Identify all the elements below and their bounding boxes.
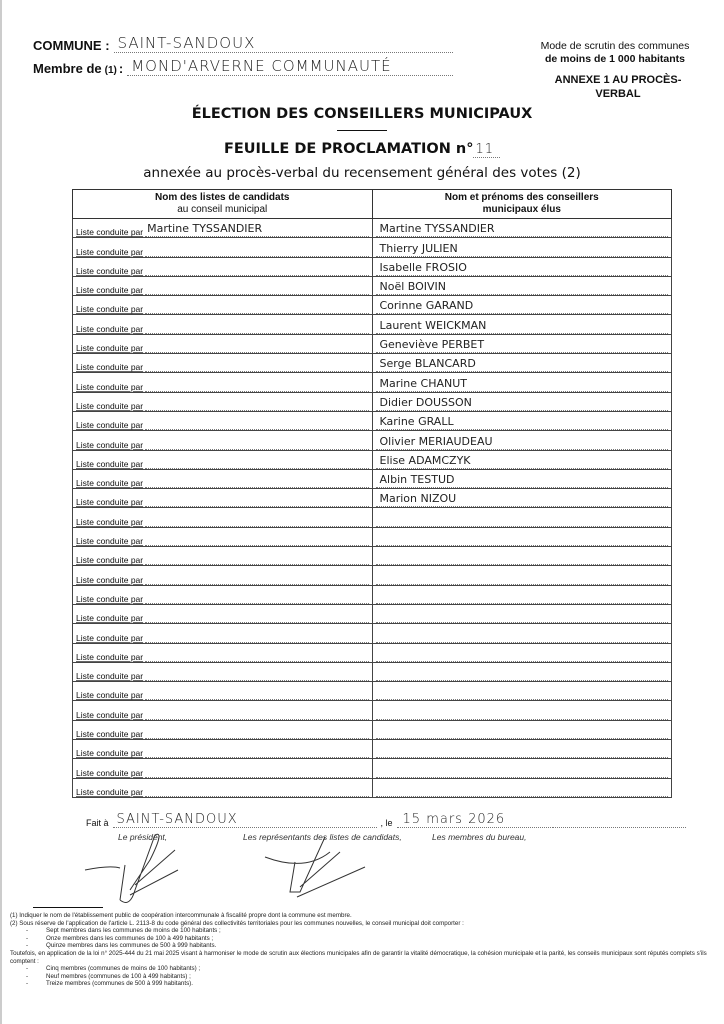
elected-cell: Noël BOIVIN xyxy=(372,276,672,295)
row-prefix: Liste conduite par xyxy=(76,247,143,257)
elected-cell: Didier DOUSSON xyxy=(372,392,672,411)
row-prefix: Liste conduite par xyxy=(76,710,143,720)
elected-cell: Geneviève PERBET xyxy=(372,334,672,353)
elected-cell xyxy=(372,778,672,797)
row-prefix: Liste conduite par xyxy=(76,652,143,662)
footnote-divider xyxy=(33,907,103,908)
list-cell: Liste conduite par xyxy=(73,257,373,276)
row-prefix: Liste conduite par xyxy=(76,575,143,585)
elected-name xyxy=(376,665,669,681)
list-cell: Liste conduite par xyxy=(73,778,373,797)
list-leader xyxy=(145,435,368,450)
list-leader xyxy=(145,531,368,546)
list-leader xyxy=(145,377,368,392)
membre-label: Membre de xyxy=(33,61,102,76)
elected-cell: Martine TYSSANDIER xyxy=(372,219,672,238)
list-leader xyxy=(145,357,368,372)
col-header-elected: Nom et prénoms des conseillers municipau… xyxy=(372,190,672,219)
table-row: Liste conduite par xyxy=(73,585,672,604)
row-prefix: Liste conduite par xyxy=(76,324,143,334)
list-cell: Liste conduite par xyxy=(73,527,373,546)
list-cell: Liste conduite par xyxy=(73,643,373,662)
table-row: Liste conduite parOlivier MERIAUDEAU xyxy=(73,431,672,450)
list-leader xyxy=(145,666,368,681)
annexe-label: ANNEXE 1 AU PROCÈS-VERBAL xyxy=(548,73,688,101)
fait-label: Fait à xyxy=(86,818,109,828)
list-cell: Liste conduite par xyxy=(73,662,373,681)
main-title: ÉLECTION DES CONSEILLERS MUNICIPAUX xyxy=(0,106,724,122)
list-leader xyxy=(145,299,368,314)
row-prefix: Liste conduite par xyxy=(76,613,143,623)
elected-name xyxy=(376,530,669,546)
table-row: Liste conduite par xyxy=(73,566,672,585)
table-row: Liste conduite parKarine GRALL xyxy=(73,411,672,430)
list-leader xyxy=(145,705,368,720)
elected-cell xyxy=(372,759,672,778)
mode-line2: de moins de 1 000 habitants xyxy=(520,53,710,66)
row-prefix: Liste conduite par xyxy=(76,768,143,778)
list-cell: Liste conduite par xyxy=(73,720,373,739)
list-cell: Liste conduite par xyxy=(73,238,373,257)
elected-name: Corinne GARAND xyxy=(376,298,669,314)
list-leader xyxy=(145,647,368,662)
membre-colon: : xyxy=(119,61,123,76)
membre-field: Membre de (1) : MOND'ARVERNE COMMUNAUTÉ xyxy=(33,57,453,76)
table-row: Liste conduite parAlbin TESTUD xyxy=(73,469,672,488)
footnote-item: -Quinze membres dans les communes de 500… xyxy=(10,942,710,950)
row-prefix: Liste conduite par xyxy=(76,459,143,469)
list-cell: Liste conduite parMartine TYSSANDIER xyxy=(73,219,373,238)
fait-line: Fait à SAINT-SANDOUX , le 15 mars 2026 xyxy=(86,812,686,828)
list-leader xyxy=(145,512,368,527)
list-cell: Liste conduite par xyxy=(73,585,373,604)
elected-cell xyxy=(372,701,672,720)
table-row: Liste conduite parGeneviève PERBET xyxy=(73,334,672,353)
elected-name xyxy=(376,588,669,604)
table-row: Liste conduite par xyxy=(73,740,672,759)
list-leader xyxy=(145,743,368,758)
elected-cell: Olivier MERIAUDEAU xyxy=(372,431,672,450)
row-prefix: Liste conduite par xyxy=(76,227,143,237)
elected-cell xyxy=(372,547,672,566)
elected-name: Marion NIZOU xyxy=(376,491,669,507)
row-prefix: Liste conduite par xyxy=(76,420,143,430)
row-prefix: Liste conduite par xyxy=(76,478,143,488)
elected-cell: Marion NIZOU xyxy=(372,489,672,508)
list-cell: Liste conduite par xyxy=(73,508,373,527)
list-leader xyxy=(145,628,368,643)
list-cell: Liste conduite par xyxy=(73,740,373,759)
elected-name xyxy=(376,511,669,527)
list-cell: Liste conduite par xyxy=(73,276,373,295)
row-prefix: Liste conduite par xyxy=(76,748,143,758)
table-row: Liste conduite parMartine TYSSANDIERMart… xyxy=(73,219,672,238)
title-divider xyxy=(337,130,387,131)
table-body: Liste conduite parMartine TYSSANDIERMart… xyxy=(73,219,672,798)
footnote-item: -Onze membres dans les communes de 100 à… xyxy=(10,935,710,943)
list-cell: Liste conduite par xyxy=(73,334,373,353)
elected-name: Didier DOUSSON xyxy=(376,395,669,411)
table-row: Liste conduite parLaurent WEICKMAN xyxy=(73,315,672,334)
elected-name: Marine CHANUT xyxy=(376,376,669,392)
elected-name xyxy=(376,627,669,643)
proclamation-table: Nom des listes de candidats au conseil m… xyxy=(72,189,672,798)
elected-cell: Corinne GARAND xyxy=(372,296,672,315)
list-cell: Liste conduite par xyxy=(73,759,373,778)
list-leader xyxy=(145,280,368,295)
elected-cell xyxy=(372,720,672,739)
table-row: Liste conduite par xyxy=(73,720,672,739)
list-leader xyxy=(145,415,368,430)
elected-cell xyxy=(372,740,672,759)
elected-cell xyxy=(372,585,672,604)
elected-name: Noël BOIVIN xyxy=(376,279,669,295)
table-row: Liste conduite parDidier DOUSSON xyxy=(73,392,672,411)
elected-name: Martine TYSSANDIER xyxy=(376,221,669,237)
list-cell: Liste conduite par xyxy=(73,624,373,643)
list-cell: Liste conduite par xyxy=(73,547,373,566)
footnote-toutefois: Toutefois, en application de la loi n° 2… xyxy=(10,950,710,965)
list-cell: Liste conduite par xyxy=(73,489,373,508)
elected-name xyxy=(376,762,669,778)
elected-name xyxy=(376,781,669,797)
footnote-1: (1) Indiquer le nom de l'établissement p… xyxy=(10,912,710,920)
elected-name: Serge BLANCARD xyxy=(376,356,669,372)
sheet-label: FEUILLE DE PROCLAMATION n° xyxy=(224,141,474,157)
list-cell: Liste conduite par xyxy=(73,315,373,334)
table-row: Liste conduite par xyxy=(73,624,672,643)
list-leader xyxy=(145,724,368,739)
elected-name xyxy=(376,549,669,565)
col1-line2: au conseil municipal xyxy=(73,204,372,216)
table-row: Liste conduite par xyxy=(73,604,672,623)
list-leader xyxy=(145,492,368,507)
list-leader xyxy=(145,242,368,257)
table-row: Liste conduite parNoël BOIVIN xyxy=(73,276,672,295)
elected-cell: Laurent WEICKMAN xyxy=(372,315,672,334)
table-row: Liste conduite parIsabelle FROSIO xyxy=(73,257,672,276)
list-cell: Liste conduite par xyxy=(73,411,373,430)
table-row: Liste conduite parElise ADAMCZYK xyxy=(73,450,672,469)
col1-line1: Nom des listes de candidats xyxy=(73,192,372,204)
row-prefix: Liste conduite par xyxy=(76,517,143,527)
list-cell: Liste conduite par xyxy=(73,469,373,488)
list-leader xyxy=(145,608,368,623)
footnote-item: -Neuf membres (communes de 100 à 499 hab… xyxy=(10,973,710,981)
sig-membres-label: Les membres du bureau, xyxy=(432,832,527,842)
elected-cell: Thierry JULIEN xyxy=(372,238,672,257)
list-cell: Liste conduite par xyxy=(73,431,373,450)
elected-cell: Karine GRALL xyxy=(372,411,672,430)
sheet-number: 11 xyxy=(473,142,500,158)
col2-line2: municipaux élus xyxy=(373,204,672,216)
list-leader xyxy=(145,589,368,604)
elected-cell xyxy=(372,566,672,585)
sheet-title: FEUILLE DE PROCLAMATION n°11 xyxy=(0,141,724,157)
list-leader xyxy=(145,763,368,778)
footnote-item: -Sept membres dans les communes de moins… xyxy=(10,927,710,935)
list-cell: Liste conduite par xyxy=(73,373,373,392)
table-row: Liste conduite parSerge BLANCARD xyxy=(73,354,672,373)
table-row: Liste conduite par xyxy=(73,682,672,701)
list-cell: Liste conduite par xyxy=(73,701,373,720)
signature-representant xyxy=(245,832,375,912)
row-prefix: Liste conduite par xyxy=(76,285,143,295)
row-prefix: Liste conduite par xyxy=(76,362,143,372)
footnote-item: -Cinq membres (communes de moins de 100 … xyxy=(10,965,710,973)
table-row: Liste conduite par xyxy=(73,662,672,681)
list-leader xyxy=(145,473,368,488)
table-row: Liste conduite parThierry JULIEN xyxy=(73,238,672,257)
mode-scrutin: Mode de scrutin des communes de moins de… xyxy=(520,40,710,66)
elected-cell: Marine CHANUT xyxy=(372,373,672,392)
fait-place: SAINT-SANDOUX xyxy=(113,812,377,828)
table-row: Liste conduite par xyxy=(73,527,672,546)
table-row: Liste conduite par xyxy=(73,508,672,527)
row-prefix: Liste conduite par xyxy=(76,633,143,643)
commune-field: COMMUNE : SAINT-SANDOUX xyxy=(33,34,453,53)
row-prefix: Liste conduite par xyxy=(76,787,143,797)
commune-label: COMMUNE : xyxy=(33,38,110,53)
list-leader: Martine TYSSANDIER xyxy=(145,222,368,237)
elected-name xyxy=(376,723,669,739)
elected-cell: Isabelle FROSIO xyxy=(372,257,672,276)
list-leader xyxy=(145,550,368,565)
elected-cell: Serge BLANCARD xyxy=(372,354,672,373)
sheet-subtitle: annexée au procès-verbal du recensement … xyxy=(0,165,724,181)
list-leader xyxy=(145,570,368,585)
table-row: Liste conduite par xyxy=(73,701,672,720)
row-prefix: Liste conduite par xyxy=(76,497,143,507)
row-prefix: Liste conduite par xyxy=(76,729,143,739)
row-prefix: Liste conduite par xyxy=(76,401,143,411)
elected-name xyxy=(376,684,669,700)
list-cell: Liste conduite par xyxy=(73,392,373,411)
row-prefix: Liste conduite par xyxy=(76,690,143,700)
list-cell: Liste conduite par xyxy=(73,450,373,469)
col-header-lists: Nom des listes de candidats au conseil m… xyxy=(73,190,373,219)
elected-name: Olivier MERIAUDEAU xyxy=(376,434,669,450)
elected-name: Geneviève PERBET xyxy=(376,337,669,353)
row-prefix: Liste conduite par xyxy=(76,440,143,450)
elected-name: Albin TESTUD xyxy=(376,472,669,488)
membre-note: (1) xyxy=(105,65,117,76)
elected-cell: Elise ADAMCZYK xyxy=(372,450,672,469)
table-row: Liste conduite par xyxy=(73,778,672,797)
elected-name: Karine GRALL xyxy=(376,414,669,430)
row-prefix: Liste conduite par xyxy=(76,382,143,392)
footnotes: (1) Indiquer le nom de l'établissement p… xyxy=(10,912,710,988)
footnote-item: -Treize membres (communes de 500 à 999 h… xyxy=(10,980,710,988)
le-label: , le xyxy=(381,818,393,828)
list-leader xyxy=(145,782,368,797)
row-prefix: Liste conduite par xyxy=(76,555,143,565)
elected-name xyxy=(376,646,669,662)
list-leader xyxy=(145,685,368,700)
elected-cell xyxy=(372,508,672,527)
elected-name: Isabelle FROSIO xyxy=(376,260,669,276)
elected-name xyxy=(376,704,669,720)
commune-value: SAINT-SANDOUX xyxy=(114,34,453,53)
row-prefix: Liste conduite par xyxy=(76,536,143,546)
col2-line1: Nom et prénoms des conseillers xyxy=(373,192,672,204)
elected-cell xyxy=(372,527,672,546)
row-prefix: Liste conduite par xyxy=(76,343,143,353)
list-leader xyxy=(145,338,368,353)
signature-president xyxy=(80,830,190,910)
elected-cell xyxy=(372,624,672,643)
mode-line1: Mode de scrutin des communes xyxy=(520,40,710,53)
list-cell: Liste conduite par xyxy=(73,682,373,701)
list-leader xyxy=(145,261,368,276)
table-row: Liste conduite parMarine CHANUT xyxy=(73,373,672,392)
table-row: Liste conduite par xyxy=(73,759,672,778)
elected-cell xyxy=(372,662,672,681)
row-prefix: Liste conduite par xyxy=(76,671,143,681)
row-prefix: Liste conduite par xyxy=(76,594,143,604)
table-row: Liste conduite parCorinne GARAND xyxy=(73,296,672,315)
elected-name xyxy=(376,569,669,585)
table-row: Liste conduite parMarion NIZOU xyxy=(73,489,672,508)
elected-name: Thierry JULIEN xyxy=(376,241,669,257)
elected-cell: Albin TESTUD xyxy=(372,469,672,488)
table-header: Nom des listes de candidats au conseil m… xyxy=(73,190,672,219)
table-row: Liste conduite par xyxy=(73,643,672,662)
row-prefix: Liste conduite par xyxy=(76,266,143,276)
table-row: Liste conduite par xyxy=(73,547,672,566)
list-cell: Liste conduite par xyxy=(73,604,373,623)
elected-name xyxy=(376,607,669,623)
elected-cell xyxy=(372,604,672,623)
membre-value: MOND'ARVERNE COMMUNAUTÉ xyxy=(127,57,453,76)
elected-cell xyxy=(372,643,672,662)
footnote-2: (2) Sous réserve de l'application de l'a… xyxy=(10,920,710,928)
date-value: 15 mars 2026 xyxy=(397,812,553,828)
elected-name xyxy=(376,742,669,758)
list-leader xyxy=(145,319,368,334)
list-cell: Liste conduite par xyxy=(73,296,373,315)
list-leader xyxy=(145,396,368,411)
list-cell: Liste conduite par xyxy=(73,354,373,373)
elected-name: Elise ADAMCZYK xyxy=(376,453,669,469)
elected-name: Laurent WEICKMAN xyxy=(376,318,669,334)
list-cell: Liste conduite par xyxy=(73,566,373,585)
row-prefix: Liste conduite par xyxy=(76,304,143,314)
list-leader xyxy=(145,454,368,469)
elected-cell xyxy=(372,682,672,701)
